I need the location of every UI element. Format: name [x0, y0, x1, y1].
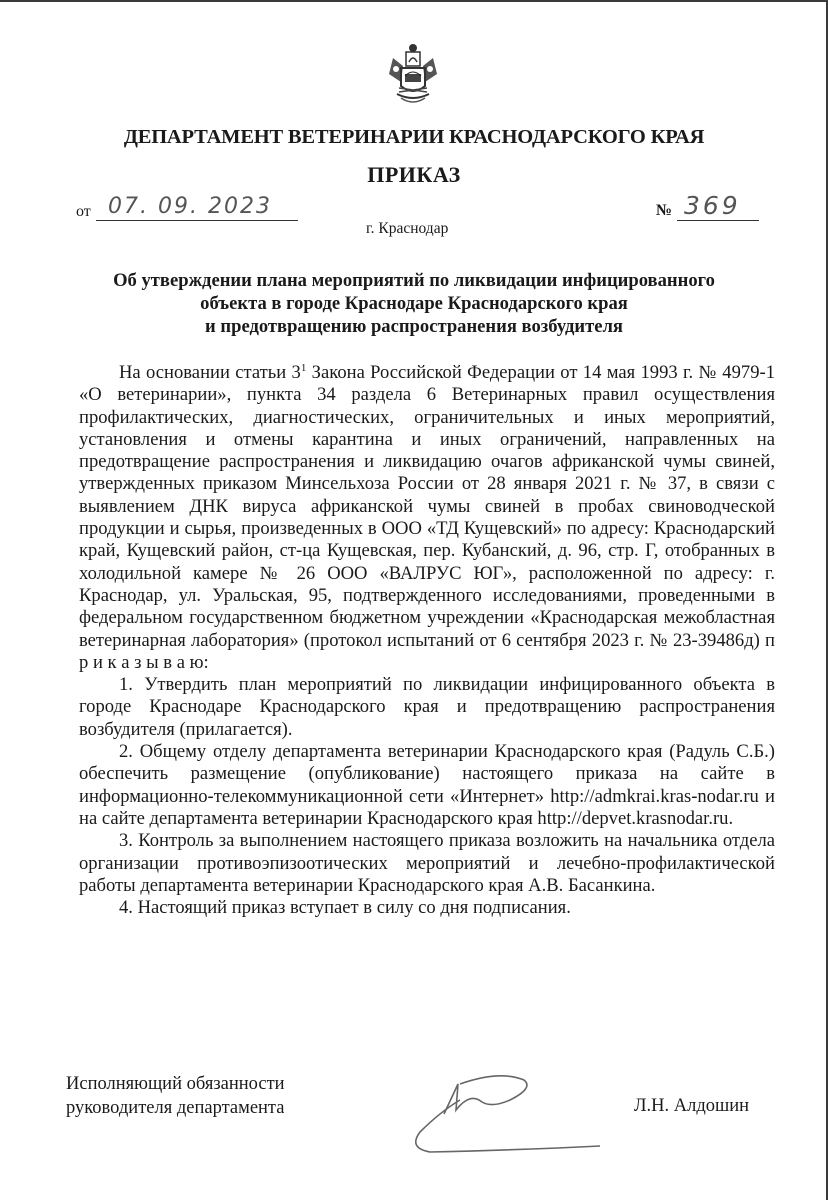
title-line: объекта в городе Краснодаре Краснодарско… — [60, 292, 768, 315]
document-type: ПРИКАЗ — [0, 162, 828, 188]
date-label: от — [76, 203, 91, 221]
date-value: 07. 09. 2023 — [108, 194, 272, 219]
order-item-4: 4. Настоящий приказ вступает в силу со д… — [79, 897, 775, 919]
order-item-3: 3. Контроль за выполнением настоящего пр… — [79, 830, 775, 897]
title-line: Об утверждении плана мероприятий по ликв… — [60, 269, 768, 292]
department-name: ДЕПАРТАМЕНТ ВЕТЕРИНАРИИ КРАСНОДАРСКОГО К… — [0, 126, 828, 149]
preamble-text: Закона Российской Федерации от 14 мая 19… — [79, 362, 775, 673]
position-line: руководителя департамента — [66, 1096, 285, 1120]
handwritten-signature-icon — [400, 1062, 640, 1162]
number-underline — [677, 220, 759, 221]
document-title: Об утверждении плана мероприятий по ликв… — [60, 269, 768, 338]
number-label: № — [656, 202, 672, 220]
coat-of-arms-icon — [385, 42, 441, 108]
signatory-position: Исполняющий обязанности руководителя деп… — [66, 1072, 285, 1120]
city: г. Краснодар — [366, 220, 448, 238]
order-number: 369 — [684, 191, 741, 220]
title-line: и предотвращению распространения возбуди… — [60, 315, 768, 338]
document-body: На основании статьи 31 Закона Российской… — [79, 362, 775, 919]
date-underline — [96, 220, 298, 221]
position-line: Исполняющий обязанности — [66, 1072, 285, 1096]
document-page: ДЕПАРТАМЕНТ ВЕТЕРИНАРИИ КРАСНОДАРСКОГО К… — [0, 0, 826, 1200]
signatory-name: Л.Н. Алдошин — [634, 1096, 749, 1117]
order-item-2: 2. Общему отделу департамента ветеринари… — [79, 741, 775, 830]
preamble-text: На основании статьи 3 — [119, 362, 301, 383]
order-item-1: 1. Утвердить план мероприятий по ликвида… — [79, 674, 775, 741]
preamble-paragraph: На основании статьи 31 Закона Российской… — [79, 362, 775, 674]
